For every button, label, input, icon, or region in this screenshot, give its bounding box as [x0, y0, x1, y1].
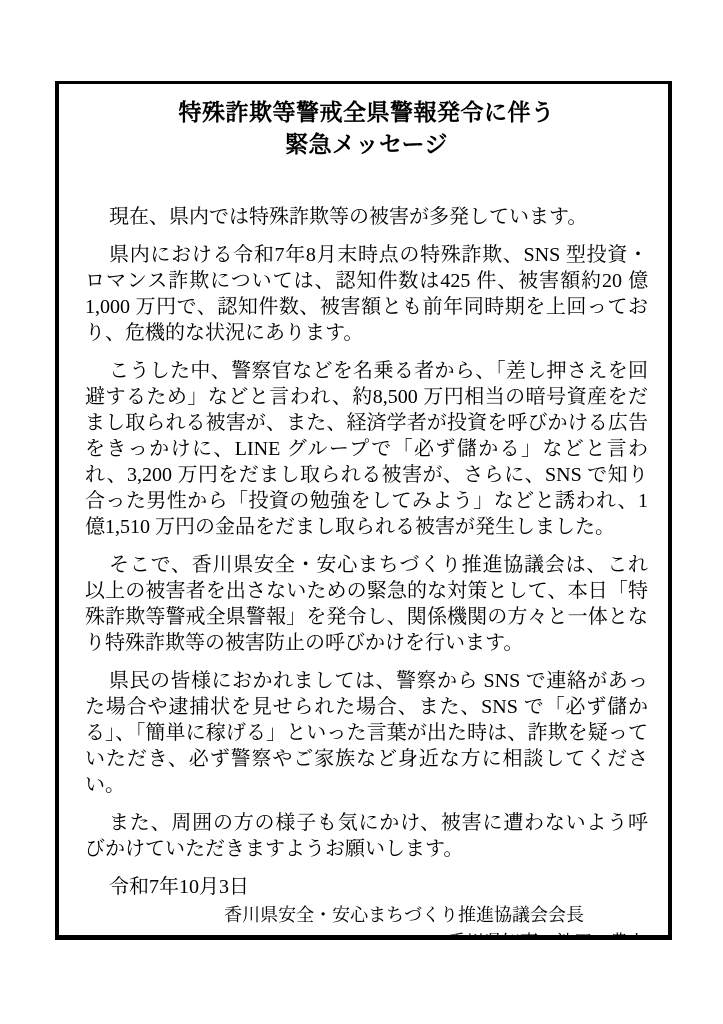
notice-title-line2: 緊急メッセージ — [285, 131, 448, 157]
body-paragraph-3: こうした中、警察官などを名乗る者から、「差し押さえを回避するため」などと言われ、… — [85, 358, 648, 540]
body-paragraph-5: 県民の皆様におかれましては、警察から SNS で連絡があった場合や逮捕状を見せら… — [85, 668, 648, 798]
notice-border-frame: 特殊詐欺等警戒全県警報発令に伴う 緊急メッセージ 現在、県内では特殊詐欺等の被害… — [55, 81, 672, 940]
body-paragraph-2: 県内における令和7年8月末時点の特殊詐欺、SNS 型投資・ロマンス詐欺については… — [85, 242, 648, 346]
document-page: { "document": { "title": { "line1": "特殊詐… — [0, 0, 723, 1024]
signature-organization: 香川県安全・安心まちづくり推進協議会会長 — [85, 902, 648, 929]
body-paragraph-4: そこで、香川県安全・安心まちづくり推進協議会は、これ以上の被害者を出さないための… — [85, 552, 648, 656]
body-paragraph-6: また、周囲の方の様子も気にかけ、被害に遭わないよう呼びかけていただきますようお願… — [85, 810, 648, 862]
body-paragraph-1: 現在、県内では特殊詐欺等の被害が多発しています。 — [85, 204, 648, 230]
notice-title: 特殊詐欺等警戒全県警報発令に伴う 緊急メッセージ — [85, 96, 648, 160]
date-line: 令和7年10月3日 — [85, 874, 648, 900]
notice-title-line1: 特殊詐欺等警戒全県警報発令に伴う — [179, 99, 555, 125]
signature-signer: 香川県知事 池田 豊人 — [85, 929, 648, 940]
